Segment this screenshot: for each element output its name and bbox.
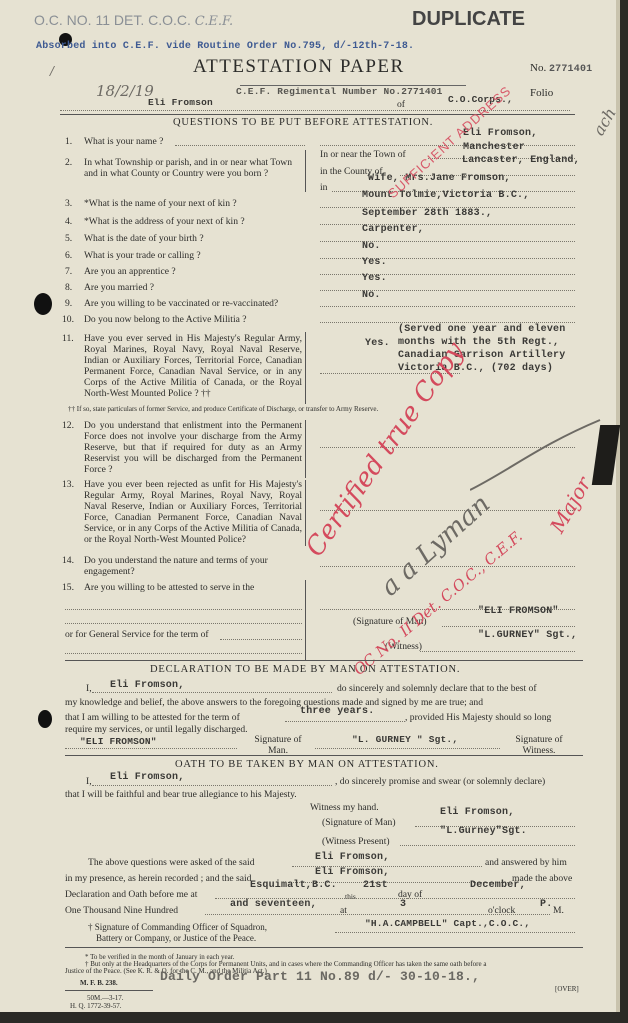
answer-served-line: Canadian Garrison Artillery (398, 350, 565, 361)
cert-text: One Thousand Nine Hundred (65, 905, 178, 916)
in-label: in (320, 182, 327, 193)
folio-label: Folio (530, 87, 553, 99)
decl-sig-man: "ELI FROMSON" (80, 736, 157, 747)
q-number: 1. (65, 136, 72, 147)
q-number: 12. (62, 420, 74, 431)
q-text: Are you married ? (84, 282, 154, 293)
declaration-heading: DECLARATION TO BE MADE BY MAN ON ATTESTA… (150, 664, 460, 675)
header-rule (60, 114, 575, 115)
decl-i: I, (86, 683, 92, 694)
answer-militia: No. (362, 290, 381, 301)
decl-text: my knowledge and belief, the above answe… (65, 697, 483, 708)
decl-term: three years. (300, 706, 374, 717)
oath-witness: "L.Gurney"Sgt. (440, 826, 527, 837)
decl-sig-witness: "L. GURNEY " Sgt., (352, 734, 458, 745)
q-number: 11. (62, 333, 74, 344)
co-signature: "H.A.CAMPBELL" Capt.,C.O.C., (365, 918, 530, 929)
oath-text: , do sincerely promise and swear (or sol… (335, 776, 545, 787)
answer-married: Yes. (362, 257, 387, 268)
cert-name: Eli Fromson, (315, 852, 389, 863)
oath-sig-man: Eli Fromson, (440, 807, 514, 818)
stamp-hand-note: C.E.F. (195, 14, 233, 29)
q-number: 9. (65, 298, 72, 309)
officer-signature: a a Lyman (375, 489, 496, 602)
section-rule (65, 755, 583, 756)
witness-my-hand: Witness my hand. (310, 802, 379, 813)
q-text: *What is the name of your next of kin ? (84, 198, 237, 209)
date-handwritten: 18/2/19 (96, 82, 154, 100)
q-text: Are you willing to be attested to serve … (84, 582, 254, 593)
ink-blot (38, 710, 52, 728)
oath-sig-man-label: (Signature of Man) (322, 817, 396, 828)
cert-year: and seventeen, (230, 899, 317, 910)
oc-stamp: O.C. NO. 11 DET. C.O.C. C.E.F. (34, 12, 233, 29)
q-number: 14. (62, 555, 74, 566)
form-number: M. F. B. 238. (80, 979, 118, 987)
q-number: 5. (65, 233, 72, 244)
cert-text: The above questions were asked of the sa… (88, 857, 255, 868)
q-text: Have you ever been rejected as unfit for… (84, 479, 302, 545)
answer-county: Lancaster, England, (462, 155, 580, 166)
cert-text: in my presence, as herein recorded ; and… (65, 873, 251, 884)
q-number: 15. (62, 582, 74, 593)
regimental-number: C.E.F. Regimental Number No.2771401 (236, 86, 443, 97)
attestation-paper: O.C. NO. 11 DET. C.O.C. C.E.F. DUPLICATE… (0, 0, 620, 1012)
decl-text: , provided His Majesty should so long (405, 712, 551, 723)
answer-town: Manchester (463, 142, 525, 153)
over-label: [OVER] (555, 985, 579, 993)
number-label: No. 2771401 (530, 62, 592, 75)
q-number: 8. (65, 282, 72, 293)
answer-next-of-kin: Wife, Mrs.Jane Fromson, (368, 173, 511, 184)
oath-heading: OATH TO BE TAKEN BY MAN ON ATTESTATION. (175, 759, 439, 770)
questions-heading: QUESTIONS TO BE PUT BEFORE ATTESTATION. (173, 117, 433, 128)
daily-order-stamp: Daily Order Part 11 No.89 d/- 30-10-18., (160, 969, 480, 984)
answer-served-line: (Served one year and eleven (398, 324, 565, 335)
number-value: 2771401 (549, 64, 592, 75)
q-number: 3. (65, 198, 72, 209)
cert-name: Eli Fromson, (315, 867, 389, 878)
service-footnote: †† If so, state particulars of former Se… (68, 405, 378, 413)
q-number: 10. (62, 314, 74, 325)
cert-this: this (345, 891, 356, 902)
page-title: ATTESTATION PAPER (193, 56, 405, 78)
section-rule (65, 947, 583, 948)
q-text: Are you willing to be vaccinated or re-v… (84, 298, 278, 309)
print-code: H. Q. 1772-39-57. (70, 1002, 122, 1010)
cert-text: and answered by him (485, 857, 567, 868)
oath-name: Eli Fromson, (110, 772, 184, 783)
answer-apprentice: No. (362, 241, 381, 252)
cert-day: 21st (363, 880, 388, 891)
decl-name: Eli Fromson, (110, 680, 184, 691)
signature-man-value: "ELI FROMSON" (478, 606, 559, 617)
cert-place: Esquimalt,B.C. (250, 880, 337, 891)
answer-served-line: months with the 5th Regt., (398, 337, 559, 348)
cert-hour: 3 (400, 899, 406, 910)
decl-text: that I am willing to be attested for the… (65, 712, 240, 723)
q-text: Do you understand the nature and terms o… (84, 555, 302, 577)
decl-text: do sincerely and solemnly declare that t… (337, 683, 537, 694)
q-text: What is your trade or calling ? (84, 250, 201, 261)
header-name: Eli Fromson (148, 97, 213, 108)
answer-served-yes: Yes. (365, 338, 390, 349)
q-text: Do you now belong to the Active Militia … (84, 314, 247, 325)
q-text: In what Township or parish, and in or ne… (84, 157, 304, 179)
co-label: Battery or Company, or Justice of the Pe… (96, 933, 256, 944)
q-number: 13. (62, 479, 74, 490)
pencil-initial: ach (589, 104, 620, 138)
oath-i: I, (86, 776, 92, 787)
q-text: What is your name ? (84, 136, 163, 147)
ink-blot (34, 293, 52, 315)
of-label: of (397, 99, 405, 110)
co-label: † Signature of Commanding Officer of Squ… (88, 922, 267, 933)
q-text: Do you understand that enlistment into t… (84, 420, 302, 475)
decl-text: require my services, or until legally di… (65, 724, 248, 735)
oath-witness-label: (Witness Present) (322, 836, 390, 847)
decl-sig-man-label: Signature of Man. (247, 734, 309, 756)
q-text: Are you an apprentice ? (84, 266, 176, 277)
cert-m: M. (553, 905, 564, 916)
answer-trade: Carpenter, (362, 224, 424, 235)
q-text: *What is the address of your next of kin… (84, 216, 245, 227)
cert-month: December, (470, 880, 526, 891)
q-number: 6. (65, 250, 72, 261)
general-service-label: or for General Service for the term of (65, 629, 209, 640)
cert-text: Declaration and Oath before me at (65, 889, 197, 900)
town-label: In or near the Town of (320, 149, 406, 160)
q-text: Have you ever served in His Majesty's Re… (84, 333, 302, 399)
answer-vaccinated: Yes. (362, 273, 387, 284)
witness-value: "L.GURNEY" Sgt., (478, 630, 577, 641)
absorbed-note: Absorbed into C.E.F. vide Routine Order … (36, 41, 414, 52)
footer-rule (65, 990, 153, 991)
duplicate-stamp: DUPLICATE (412, 8, 525, 31)
section-rule (65, 660, 583, 661)
cert-ampm: P. (540, 899, 552, 910)
oath-text: that I will be faithful and bear true al… (65, 789, 297, 800)
q-text: What is the date of your birth ? (84, 233, 204, 244)
q-number: 2. (65, 157, 72, 168)
answer-birth-date: September 28th 1883., (362, 208, 492, 219)
q-number: 7. (65, 266, 72, 277)
q-number: 4. (65, 216, 72, 227)
decl-sig-witness-label: Signature of Witness. (508, 734, 570, 756)
tick-mark-icon: / (50, 64, 54, 78)
print-code: 50M.—3-17. (87, 994, 124, 1002)
